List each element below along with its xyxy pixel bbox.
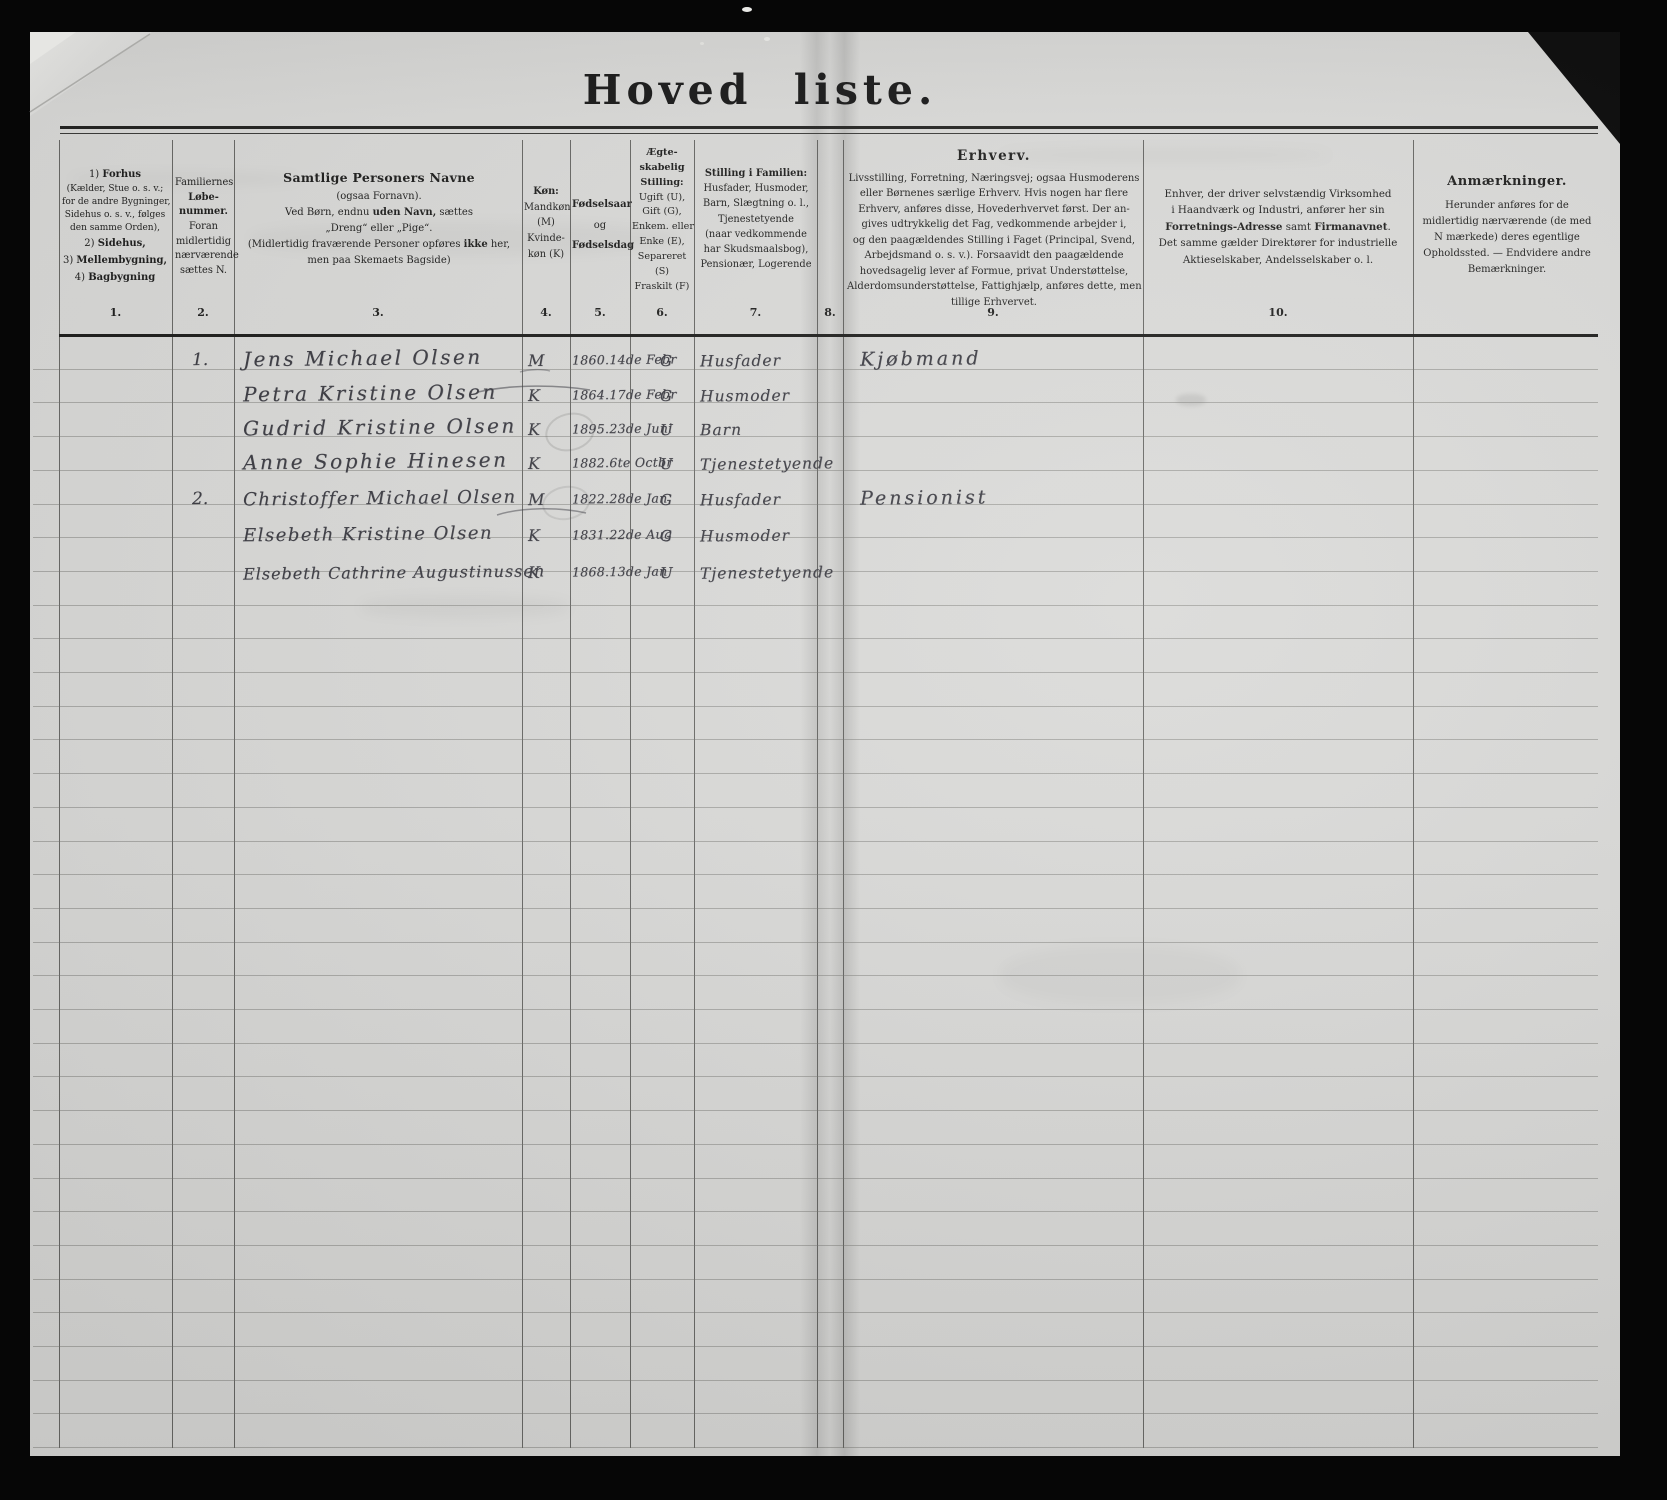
entry-row: Petra Kristine OlsenK1864.17de FebrGHusm…	[0, 372, 1600, 406]
header-text: (Kælder, Stue o. s. v.;	[67, 184, 164, 194]
header-text: Separeret	[638, 251, 687, 262]
header-text: (ogsaa Fornavn).	[336, 191, 421, 202]
header-text: N mærkede) deres egentlige	[1434, 232, 1580, 243]
entry-family: Husfader	[700, 490, 781, 509]
entry-row: Gudrid Kristine OlsenK1895.23de JuniUBar…	[0, 406, 1600, 440]
header-text: Fødselsaar	[572, 199, 632, 210]
entry-status: G	[660, 491, 672, 509]
entry-family: Husfader	[700, 352, 781, 371]
header-text: Tjenestetyende	[718, 214, 794, 225]
header-text: Sidehus o. s. v., følges	[65, 210, 165, 220]
title-rule-thick	[60, 126, 1598, 129]
row-line	[33, 1211, 1598, 1212]
header-text: Enhver, der driver selvstændig Virksomhe…	[1164, 188, 1391, 200]
row-line	[33, 807, 1598, 808]
entry-occupation: Kjøbmand	[860, 347, 982, 370]
entry-family: Husmoder	[700, 386, 790, 405]
column-header-navne: Samtlige Personers Navne(ogsaa Fornavn).…	[240, 168, 518, 269]
row-line	[33, 1312, 1598, 1313]
header-text: i Haandværk og Industri, anfører her sin	[1171, 204, 1384, 216]
header-text: 1)	[89, 169, 102, 180]
entry-name: Anne Sophie Hinesen	[243, 448, 509, 475]
header-text: Aktieselskaber, Andelsselskaber o. l.	[1183, 254, 1373, 266]
header-text: Mandkøn	[524, 202, 571, 213]
row-line	[33, 1346, 1598, 1347]
entry-lobenr: 1.	[192, 350, 208, 370]
column-number: 8.	[817, 306, 843, 319]
column-number: 6.	[630, 306, 694, 319]
header-text: Fødselsdag	[572, 240, 634, 251]
column-header-stilling: Stilling i Familien:Husfader, Husmoder,B…	[697, 166, 815, 272]
header-text: Erhverv, anføres disse, Hovederhvervet f…	[858, 204, 1130, 215]
header-text: (naar vedkommende	[705, 229, 807, 240]
row-line	[33, 942, 1598, 943]
header-text: Løbe-	[188, 192, 219, 203]
header-text: Samtlige Personers Navne	[283, 170, 475, 185]
header-text: (M)	[537, 217, 555, 228]
header-text: Anmærkninger.	[1447, 174, 1567, 189]
header-text: eller Børnenes særlige Erhverv. Hvis nog…	[860, 188, 1128, 199]
row-line	[33, 1447, 1598, 1448]
column-header-fodselsaar: FødselsaarogFødselsdag	[572, 192, 628, 260]
row-line	[33, 739, 1598, 740]
header-text: Ugift (U),	[639, 192, 685, 203]
row-line	[33, 908, 1598, 909]
header-text: sættes	[436, 207, 473, 218]
header-text: Sidehus,	[98, 238, 146, 249]
header-text: nummer.	[179, 206, 228, 217]
header-text: Arbejdsmand o. s. v.). Forsaavidt den pa…	[864, 250, 1123, 261]
row-line	[33, 1144, 1598, 1145]
column-header-anmaerkninger: Anmærkninger.Herunder anføres for demidl…	[1418, 172, 1596, 278]
column-header-forretning: Enhver, der driver selvstændig Virksomhe…	[1150, 186, 1406, 268]
header-text: Mellembygning,	[76, 255, 167, 266]
row-line	[33, 975, 1598, 976]
header-text: nærværende	[175, 250, 239, 261]
row-line	[33, 874, 1598, 875]
row-line	[33, 1043, 1598, 1044]
entry-name: Jens Michael Olsen	[243, 345, 483, 372]
entry-name: Petra Kristine Olsen	[243, 379, 498, 406]
header-text: Forhus	[102, 169, 141, 180]
header-text: 4)	[75, 272, 88, 283]
header-text: .	[1388, 221, 1391, 233]
header-text: Herunder anføres for de	[1445, 200, 1569, 211]
title-rule-thin	[60, 133, 1598, 134]
column-header-lobenummer: FamiliernesLøbe-nummer.Foranmidlertidign…	[175, 176, 232, 279]
header-text: Stilling i Familien:	[705, 168, 807, 179]
row-line	[33, 1380, 1598, 1381]
row-line	[33, 706, 1598, 707]
row-line	[33, 1413, 1598, 1414]
column-header-erhverv: Erhverv.Livsstilling, Forretning, Næring…	[847, 146, 1141, 310]
header-text: Enke (E),	[639, 236, 684, 247]
header-text: Erhverv.	[957, 148, 1031, 164]
entry-sex: K	[528, 525, 540, 544]
header-text: men paa Skemaets Bagside)	[307, 255, 450, 266]
entry-sex: K	[528, 563, 540, 582]
header-text: har Skudsmaalsbog),	[704, 244, 809, 255]
header-text: og	[594, 220, 606, 231]
entry-sex: M	[528, 351, 545, 370]
entry-sex: K	[528, 454, 540, 473]
row-line	[33, 1110, 1598, 1111]
header-text: Enkem. eller	[632, 221, 694, 232]
header-text: gives udtrykkelig det Fag, vedkommende a…	[862, 219, 1127, 230]
entry-row: Anne Sophie HinesenK1882.6te OctbrUTjene…	[0, 440, 1600, 474]
entry-born: 1882.6te Octbr	[572, 455, 673, 471]
header-text: „Dreng“ eller „Pige“.	[326, 223, 433, 234]
header-text: 2)	[84, 238, 97, 249]
header-text: Bagbygning	[88, 272, 155, 283]
row-line	[33, 605, 1598, 606]
header-text: Pensionær, Logerende	[700, 259, 811, 270]
row-line	[33, 1245, 1598, 1246]
header-text: midlertidig nærværende (de med	[1423, 216, 1592, 227]
entry-status: U	[660, 421, 673, 439]
entry-lobenr: 2.	[192, 489, 208, 509]
entry-family: Tjenestetyende	[700, 563, 834, 582]
header-text: Firmanavnet	[1314, 221, 1387, 233]
header-text: Kvinde-	[527, 233, 565, 244]
paper-speck	[742, 7, 752, 12]
column-number: 7.	[694, 306, 817, 319]
entry-name: Christoffer Michael Olsen	[243, 486, 517, 510]
paper-speck	[764, 37, 770, 41]
header-text: Livsstilling, Forretning, Næringsvej; og…	[849, 173, 1140, 184]
header-text: Alderdomsunderstøttelse, Fattighjælp, an…	[847, 281, 1142, 292]
scanned-census-page: Hoved liste. 1) Forhus(Kælder, Stue o. s…	[0, 0, 1667, 1500]
row-line	[33, 773, 1598, 774]
column-number: 2.	[172, 306, 234, 319]
entry-row: Elsebeth Kristine OlsenK1831.22de AugGHu…	[0, 512, 1600, 546]
entry-row: 2.Christoffer Michael OlsenM1822.28de Ja…	[0, 476, 1600, 510]
header-text: her,	[488, 239, 510, 250]
header-text: Barn, Slægtning o. l.,	[703, 198, 809, 209]
column-number: 9.	[843, 306, 1143, 319]
column-number: 3.	[234, 306, 522, 319]
column-number: 10.	[1143, 306, 1413, 319]
header-text: Foran	[189, 221, 218, 232]
entry-name: Gudrid Kristine Olsen	[243, 414, 517, 441]
header-text: Opholdssted. — Endvidere andre	[1423, 248, 1591, 259]
header-text: (Midlertidig fraværende Personer opføres	[248, 239, 464, 250]
entry-status: U	[660, 455, 673, 473]
header-text: Bemærkninger.	[1468, 264, 1546, 275]
entry-status: G	[660, 526, 672, 544]
column-number: 4.	[522, 306, 570, 319]
column-header-forhus: 1) Forhus(Kælder, Stue o. s. v.;for de a…	[62, 166, 168, 286]
header-text: sættes N.	[180, 265, 227, 276]
column-header-aegteskabelig: Ægte-skabeligStilling:Ugift (U),Gift (G)…	[632, 146, 692, 295]
entry-status: G	[660, 387, 672, 405]
header-text: Ægte-	[646, 147, 677, 158]
header-text: midlertidig	[176, 236, 231, 247]
header-text: den samme Orden),	[70, 223, 160, 233]
header-text: skabelig	[639, 162, 684, 173]
header-text: Det samme gælder Direktører for industri…	[1159, 237, 1398, 249]
entry-occupation: Pensionist	[860, 486, 989, 509]
entry-row: 1.Jens Michael OlsenM1860.14de FebrGHusf…	[0, 337, 1600, 371]
entry-status: G	[660, 352, 672, 370]
header-text: (S)	[655, 266, 669, 277]
header-text: for de andre Bygninger,	[62, 197, 170, 207]
header-text: Køn:	[533, 186, 559, 197]
header-text: Ved Børn, endnu	[285, 207, 373, 218]
entry-status: U	[660, 564, 673, 582]
entry-family: Tjenestetyende	[700, 454, 834, 473]
row-line	[33, 638, 1598, 639]
header-text: køn (K)	[528, 249, 564, 260]
row-line	[33, 1076, 1598, 1077]
column-number: 1.	[59, 306, 172, 319]
header-text: samt	[1282, 221, 1314, 233]
entry-family: Husmoder	[700, 526, 790, 545]
row-line	[33, 1178, 1598, 1179]
paper-speck	[700, 42, 704, 45]
row-line	[33, 1009, 1598, 1010]
header-text: Fraskilt (F)	[635, 281, 690, 292]
entry-name: Elsebeth Cathrine Augustinussen	[243, 562, 545, 584]
header-text: Gift (G),	[642, 206, 681, 217]
header-text: uden Navn,	[373, 207, 437, 218]
header-text: ikke	[464, 239, 488, 250]
header-text: Husfader, Husmoder,	[703, 183, 808, 194]
row-line	[33, 672, 1598, 673]
ink-bleed-ghost	[360, 596, 570, 618]
column-number: 5.	[570, 306, 630, 319]
entry-born: 1831.22de Aug	[572, 526, 672, 542]
entry-sex: K	[528, 386, 540, 405]
row-line	[33, 841, 1598, 842]
entry-born: 1868.13de Jan	[572, 564, 668, 580]
header-text: Forretnings-Adresse	[1165, 221, 1282, 233]
column-header-kon: Køn:Mandkøn(M)Kvinde-køn (K)	[524, 184, 568, 262]
entry-family: Barn	[700, 421, 742, 439]
header-text: Stilling:	[640, 177, 683, 188]
page-title: Hoved liste.	[560, 66, 960, 114]
header-text: Familiernes	[175, 177, 233, 188]
header-text: hovedsagelig lever af Formue, privat Und…	[860, 266, 1128, 277]
entry-row: Elsebeth Cathrine AugustinussenK1868.13d…	[0, 549, 1600, 583]
row-line	[33, 1279, 1598, 1280]
entry-name: Elsebeth Kristine Olsen	[243, 522, 493, 546]
header-text: og den paagældendes Stilling i Faget (Pr…	[853, 235, 1135, 246]
header-text: 3)	[63, 255, 76, 266]
entry-sex: K	[528, 420, 540, 439]
